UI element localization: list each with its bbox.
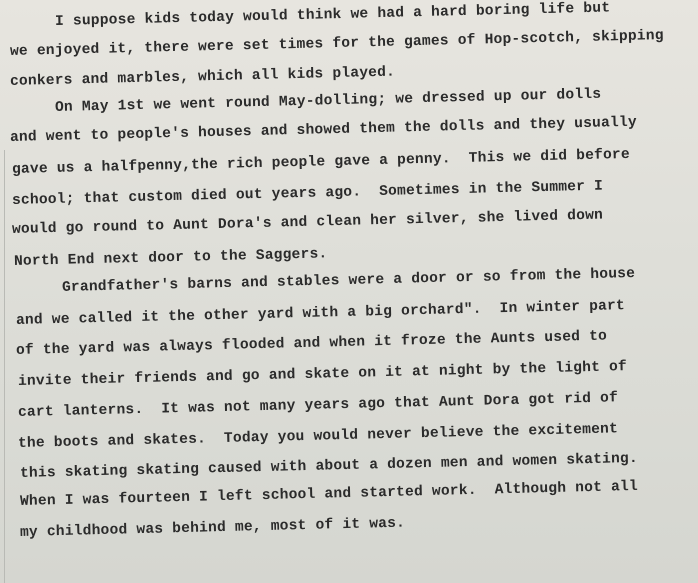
text-line: my childhood was behind me, most of it w… <box>20 516 405 541</box>
text-line: On May 1st we went round May-dolling; we… <box>55 87 602 116</box>
text-line: gave us a halfpenny,the rich people gave… <box>12 147 630 178</box>
text-line: invite their friends and go and skate on… <box>18 359 627 390</box>
text-line: Grandfather's barns and stables were a d… <box>62 266 636 296</box>
text-line: and went to people's houses and showed t… <box>10 115 637 146</box>
text-line: I suppose kids today would think we had … <box>55 0 611 30</box>
text-line: cart lanterns. It was not many years ago… <box>18 390 618 421</box>
text-line: would go round to Aunt Dora's and clean … <box>12 208 603 238</box>
text-line: the boots and skates. Today you would ne… <box>18 421 618 452</box>
text-line: we enjoyed it, there were set times for … <box>10 28 664 60</box>
text-line: When I was fourteen I left school and st… <box>20 479 638 510</box>
text-line: and we called it the other yard with a b… <box>16 298 625 329</box>
typewritten-page: I suppose kids today would think we had … <box>0 0 698 583</box>
text-line: North End next door to the Saggers. <box>14 246 328 270</box>
text-line: of the yard was always flooded and when … <box>16 329 607 359</box>
text-line: school; that custom died out years ago. … <box>12 179 603 209</box>
text-line: this skating skating caused with about a… <box>20 451 638 482</box>
text-line: conkers and marbles, which all kids play… <box>10 65 395 90</box>
